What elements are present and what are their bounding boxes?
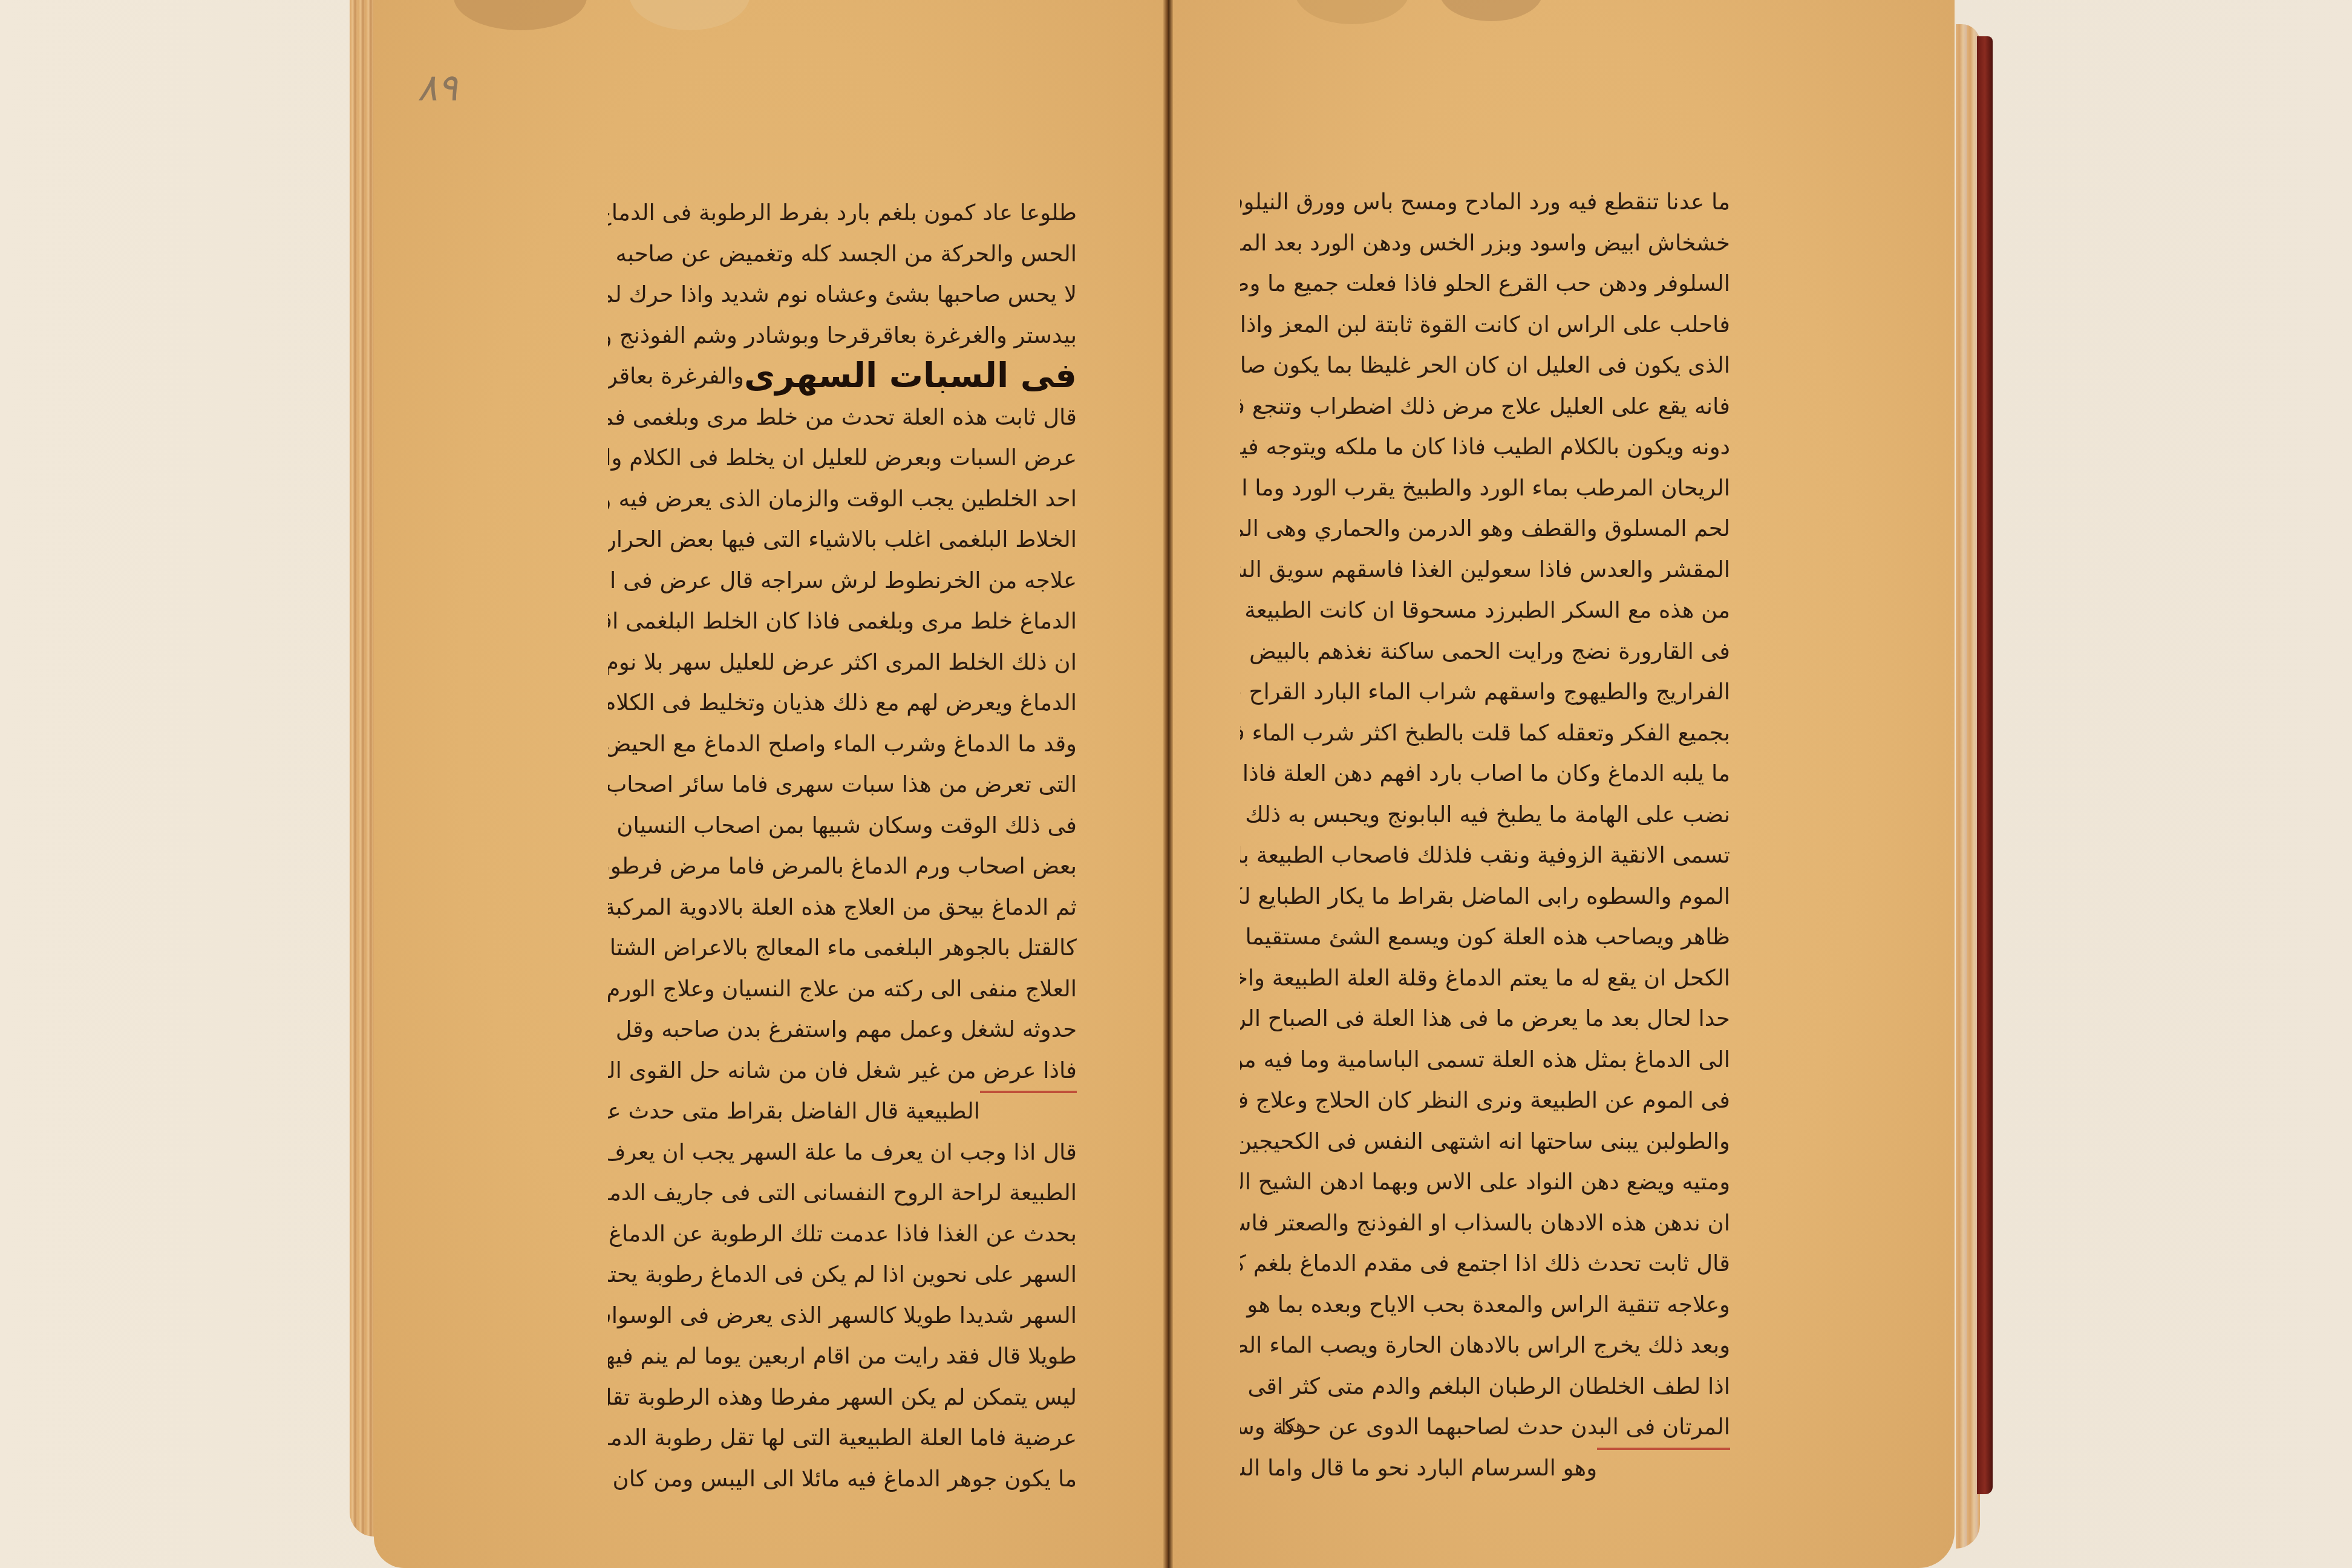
folio-number: ٨٩ (417, 65, 458, 109)
text-line: ان ذلك الخلط المرى اكثر عرض للعليل سهر ب… (608, 642, 1077, 683)
text-line: المرتان فى البدن حدث لصاحبهما الدوى عن ح… (1240, 1406, 1730, 1448)
text-line: لا يحس صاحبها بشئ وعشاه نوم شديد واذا حر… (608, 274, 1077, 315)
text-line: الطبيعة لراحة الروح النفسانى التى فى جار… (608, 1172, 1077, 1214)
red-overline-mark (1597, 1448, 1730, 1450)
text-line: حدا لحال بعد ما يعرض ما فى هذا العلة فى … (1240, 998, 1730, 1039)
text-line: التى تعرض من هذا سبات سهرى فاما سائر اصح… (608, 764, 1077, 805)
text-line: فاذا عرض من غير شغل فان من شانه حل القوى… (608, 1050, 1077, 1091)
text-line: الذى يكون فى العليل ان كان الحر غليظا بم… (1240, 345, 1730, 386)
text-line: وبعد ذلك يخرج الراس بالادهان الحارة ويصب… (1240, 1325, 1730, 1366)
text-line: عرض السبات وبعرض للعليل ان يخلط فى الكلا… (608, 437, 1077, 479)
text-line: الطبيعية قال الفاضل بقراط متى حدث عن الس… (608, 1091, 1077, 1132)
text-line: فى ذلك الوقت وسكان شبيها بمن اصحاب النسي… (608, 805, 1077, 846)
text-line: بيدستر والغرغرة بعاقرقرحا وبوشادر وشم ال… (608, 315, 1077, 356)
text-fragment: والفرغرة بعاقرقرحا وشم الفوذنج والغذا ما… (608, 356, 744, 397)
text-line: قال اذا وجب ان يعرف ما علة السهر يجب ان … (608, 1132, 1077, 1173)
text-line: ما يلبه الدماغ وكان ما اصاب بارد افهم ده… (1240, 753, 1730, 794)
text-fragment: وهو السرسام البارد نحو ما قال واما السبا… (1240, 1455, 1597, 1481)
text-line: السهر على نحوين اذا لم يكن فى الدماغ رطو… (608, 1254, 1077, 1295)
text-line: طلوعا عاد كمون بلغم بارد بفرط الرطوبة فى… (608, 192, 1077, 234)
text-line: حدوثه لشغل وعمل مهم واستفرغ بدن صاحبه وق… (608, 1009, 1077, 1050)
left-page-text-block: طلوعا عاد كمون بلغم بارد بفرط الرطوبة فى… (608, 192, 1077, 1499)
red-overline-mark (980, 1091, 1077, 1093)
text-line: لحم المسلوق والقطف وهو الدرمن والحماري و… (1240, 508, 1730, 549)
right-page-text-block: ما عدنا تنقطع فيه ورد المادح ومسح باس وو… (1240, 181, 1730, 1488)
text-line: بعض اصحاب ورم الدماغ بالمرض فاما مرض فرط… (608, 846, 1077, 887)
text-line: كالقتل بالجوهر البلغمى ماء المعالج بالاع… (608, 927, 1077, 969)
heading-line: فى السبات السهرى والفرغرة بعاقرقرحا وشم … (608, 356, 1077, 397)
text-line: والطولبن يبنى ساحتها انه اشتهى النفس فى … (1240, 1121, 1730, 1162)
text-line: الدماغ خلط مرى وبلغمى فاذا كان الخلط الب… (608, 601, 1077, 642)
text-line: الحس والحركة من الجسد كله وتغميض عن صاحب… (608, 234, 1077, 275)
text-line: الموم والسطوه رابى الماضل بقراط ما يكار … (1240, 876, 1730, 917)
text-line: فى الموم عن الطبيعة ونرى النظر كان الحلا… (1240, 1080, 1730, 1121)
heading-line: ان ندهن هذه الادهان بالسذاب او الفوذنج و… (1240, 1203, 1730, 1244)
text-line: وعلاجه تنقية الراس والمعدة بحب الاياح وب… (1240, 1284, 1730, 1325)
book-gutter (1163, 0, 1173, 1568)
text-line: خشخاش ابيض واسود وبزر الخس ودهن الورد بع… (1240, 223, 1730, 264)
text-line: طويلا قال فقد رايت من اقام اربعين يوما ل… (608, 1336, 1077, 1377)
text-line: احد الخلطين يجب الوقت والزمان الذى يعرض … (608, 479, 1077, 520)
text-line: ثم الدماغ بيحق من العلاج هذه العلة بالاد… (608, 887, 1077, 928)
open-manuscript-book (350, 0, 1995, 1568)
text-line: من هذه مع السكر الطبرزد مسحوقا ان كانت ا… (1240, 590, 1730, 631)
text-line: ومتيه ويضع دهن النواد على الاس وبهما اده… (1240, 1161, 1730, 1203)
text-line: الخلاط البلغمى اغلب بالاشياء التى فيها ب… (608, 519, 1077, 560)
heading-line: العلاج منفى الى ركته من علاج النسيان وعل… (608, 969, 1077, 1010)
text-fragment: العلاج منفى الى ركته من علاج النسيان وعل… (608, 969, 1077, 1010)
catchword: هذا (1281, 1416, 1305, 1437)
text-line: ظاهر ويصاحب هذه العلة كون ويسمع الشئ مست… (1240, 916, 1730, 958)
text-line: بجميع الفكر وتعقله كما قلت بالطبخ اكثر ش… (1240, 713, 1730, 754)
text-line: فى القارورة نضج ورايت الحمى ساكنة نغذهم … (1240, 631, 1730, 672)
text-line: الكحل ان يقع له ما يعتم الدماغ وقلة العل… (1240, 958, 1730, 999)
text-line: الى الدماغ بمثل هذه العلة تسمى الباسامية… (1240, 1039, 1730, 1080)
text-fragment: ان ندهن هذه الادهان بالسذاب او الفوذنج و… (1240, 1203, 1730, 1244)
text-line: فاحلب على الراس ان كانت القوة ثابتة لبن … (1240, 304, 1730, 345)
text-line: ما يكون جوهر الدماغ فيه مائلا الى اليبس … (608, 1459, 1077, 1500)
text-line: المقشر والعدس فاذا سعولين الغذا فاسقهم س… (1240, 549, 1730, 590)
text-fragment: الطبيعية قال الفاضل بقراط متى حدث عن الس… (608, 1098, 980, 1124)
text-line: اذا لطف الخلطان الرطبان البلغم والدم متى… (1240, 1366, 1730, 1407)
leather-cover-edge (1977, 36, 1993, 1494)
text-line: نضب على الهامة ما يطبخ فيه البابونج ويحب… (1240, 794, 1730, 835)
text-line: دونه ويكون بالكلام الطيب فاذا كان ما ملك… (1240, 426, 1730, 468)
text-line: وهو السرسام البارد نحو ما قال واما السبا… (1240, 1448, 1730, 1489)
text-line: عرضية فاما العلة الطبيعية التى لها تقل ر… (608, 1417, 1077, 1459)
text-line: تسمى الانقية الزوفية ونقب فلذلك فاصحاب ا… (1240, 835, 1730, 876)
right-fore-edge-page-stack (1956, 24, 1980, 1549)
text-line: الدماغ ويعرض لهم مع ذلك هذيان وتخليط فى … (608, 682, 1077, 724)
text-line: السهر شديدا طويلا كالسهر الذى يعرض فى ال… (608, 1295, 1077, 1336)
text-line: بحدث عن الغذا فاذا عدمت تلك الرطوبة عن ا… (608, 1214, 1077, 1255)
text-line: قال ثابت هذه العلة تحدث من خلط مرى وبلغم… (608, 397, 1077, 438)
text-line: السلوفر ودهن حب القرع الحلو فاذا فعلت جم… (1240, 263, 1730, 304)
text-line: فانه يقع على العليل علاج مرض ذلك اضطراب … (1240, 386, 1730, 427)
text-line: وقد ما الدماغ وشرب الماء واصلح الدماغ مع… (608, 724, 1077, 765)
text-line: قال ثابت تحدث ذلك اذا اجتمع فى مقدم الدم… (1240, 1243, 1730, 1284)
text-line: الفراريج والطيهوج واسقهم شراب الماء البا… (1240, 671, 1730, 713)
text-line: ما عدنا تنقطع فيه ورد المادح ومسح باس وو… (1240, 181, 1730, 223)
text-line: الريحان المرطب بماء الورد والطبيخ يقرب ا… (1240, 468, 1730, 509)
text-line: ليس يتمكن لم يكن السهر مفرطا وهذه الرطوب… (608, 1377, 1077, 1418)
section-heading: فى السبات السهرى (744, 356, 1077, 397)
text-line: علاجه من الخرنطوط لرش سراجه قال عرض فى ا… (608, 560, 1077, 601)
